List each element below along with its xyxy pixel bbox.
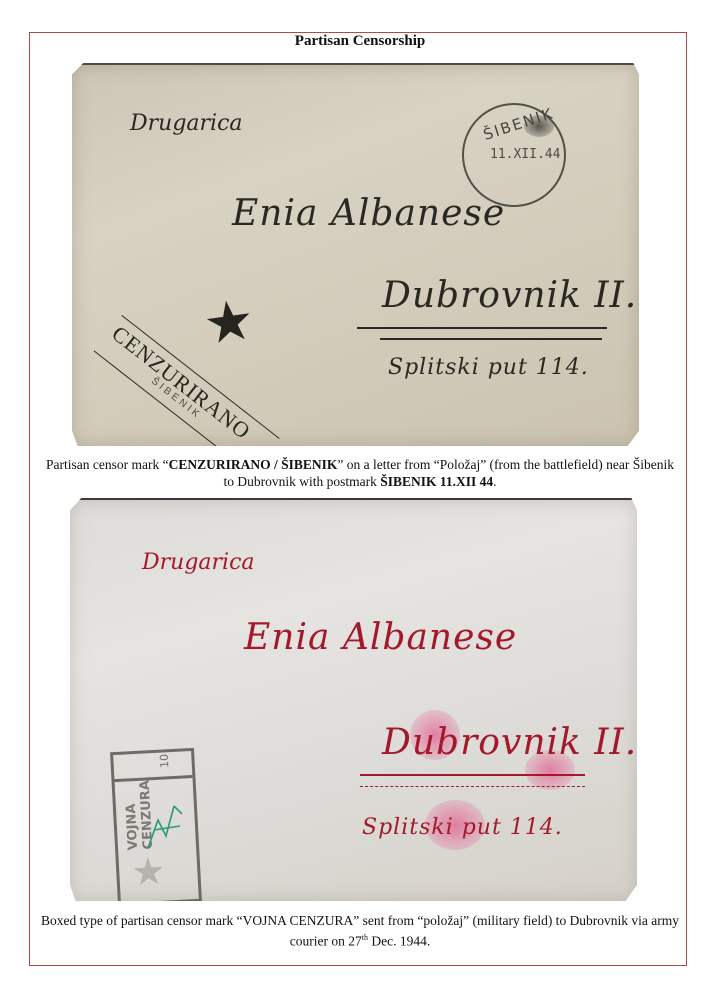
caption-cover-1: Partisan censor mark “CENZURIRANO / ŠIBE… [40, 456, 680, 490]
address-underline [360, 774, 585, 776]
recipient-city: Dubrovnik II. [382, 722, 637, 763]
postmark-date: 11.XII.44 [490, 147, 560, 162]
salutation: Drugarica [130, 111, 243, 136]
envelope-vojna-cenzura: Drugarica Enia Albanese Dubrovnik II. Sp… [70, 498, 637, 901]
postmark-town: ŠIBENIK [481, 104, 556, 144]
recipient-city: Dubrovnik II. [382, 275, 637, 316]
address-underline [357, 327, 607, 329]
page-title: Partisan Censorship [0, 33, 720, 50]
recipient-street: Splitski put 114. [362, 815, 563, 840]
star-icon: ★ [130, 853, 166, 893]
salutation: Drugarica [142, 550, 255, 575]
postmark: ŠIBENIK 11.XII.44 [462, 103, 566, 207]
envelope-sibenik: Drugarica Enia Albanese Dubrovnik II. Sp… [72, 63, 639, 446]
star-icon: ★ [200, 292, 258, 354]
address-underline [380, 338, 602, 340]
recipient-name: Enia Albanese [232, 193, 505, 234]
address-underline [360, 786, 585, 787]
caption-cover-2: Boxed type of partisan censor mark “VOJN… [40, 912, 680, 950]
recipient-street: Splitski put 114. [388, 355, 589, 380]
censor-number: 10 [158, 754, 172, 769]
recipient-name: Enia Albanese [244, 617, 517, 658]
censor-signature [144, 800, 184, 850]
